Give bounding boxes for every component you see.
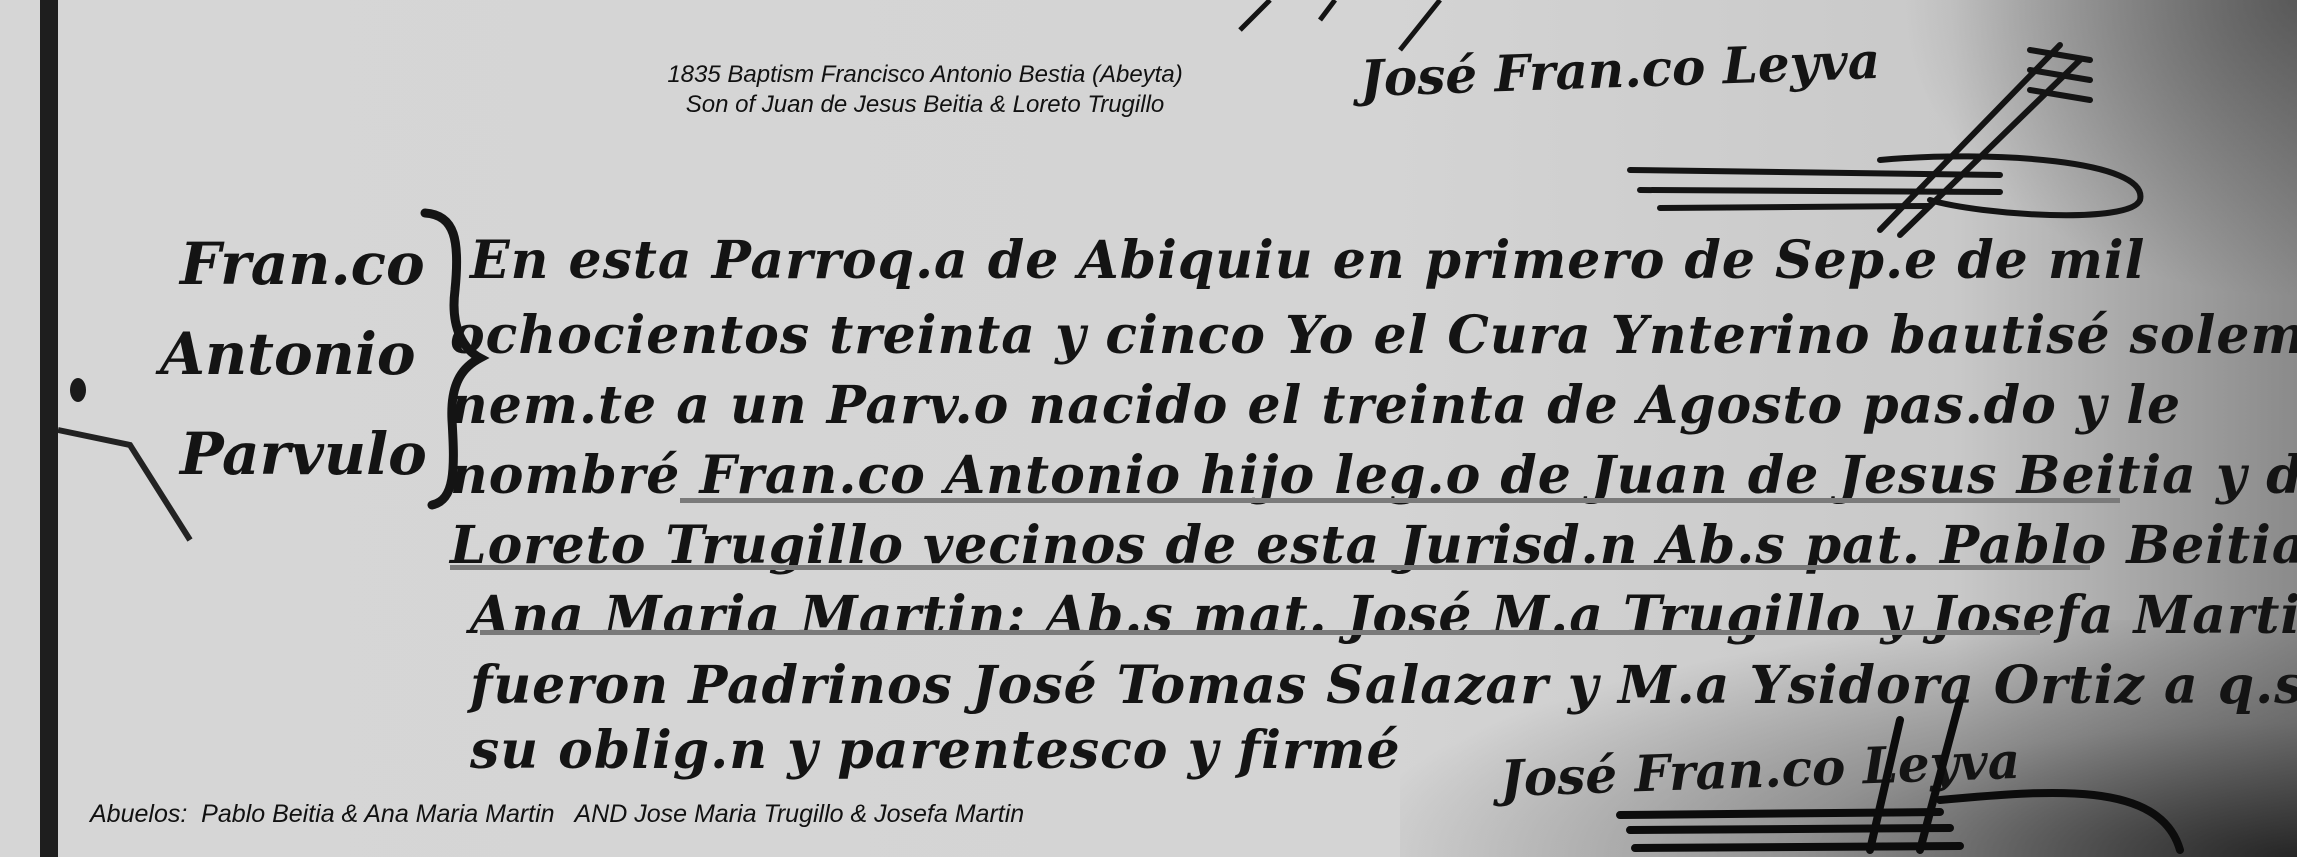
margin-tear-mark bbox=[58, 430, 190, 540]
top-stray-stroke bbox=[1240, 0, 1440, 50]
grandparents-note: Abuelos: Pablo Beitia & Ana Maria Martin… bbox=[90, 800, 1024, 829]
ink-strokes bbox=[0, 0, 2297, 857]
bracket-mark bbox=[425, 213, 480, 505]
top-rubric bbox=[1630, 45, 2140, 235]
ink-blot bbox=[70, 378, 86, 402]
bottom-rubric bbox=[1620, 700, 2180, 850]
